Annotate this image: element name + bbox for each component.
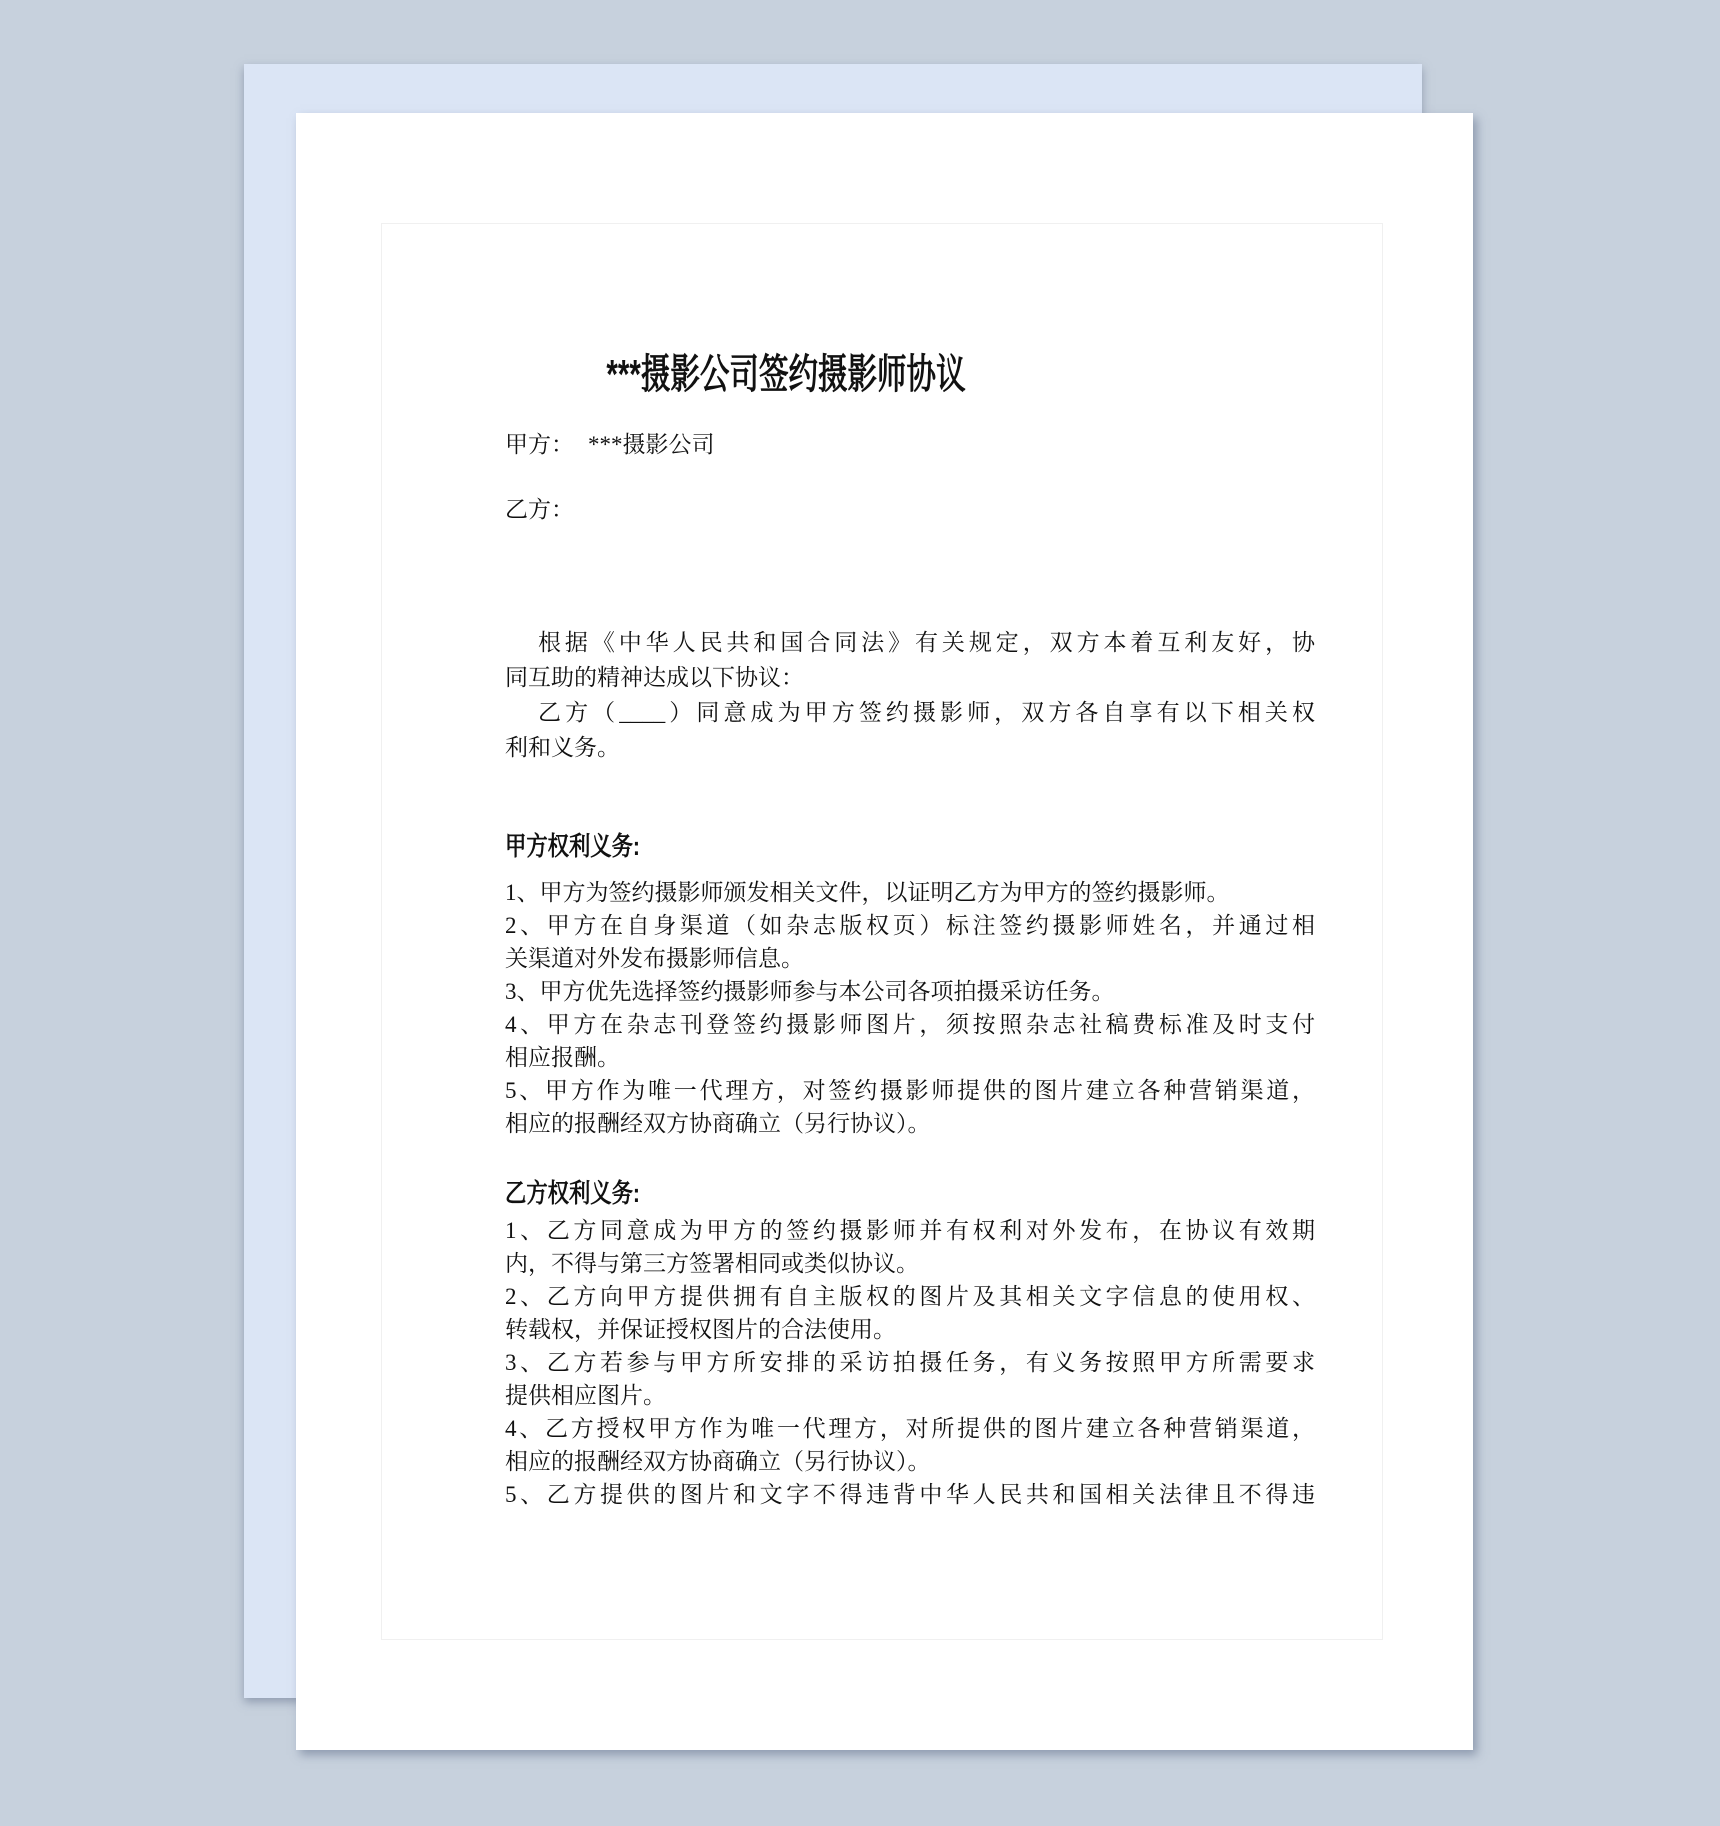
party-a-rights-list: 1、甲方为签约摄影师颁发相关文件，以证明乙方为甲方的签约摄影师。 2、甲方在自身… <box>505 876 1315 1140</box>
contract-line: 相应报酬。 <box>505 1041 1315 1074</box>
contract-line: 3、乙方若参与甲方所安排的采访拍摄任务，有义务按照甲方所需要求 <box>505 1346 1315 1379</box>
contract-title: ***摄影公司签约摄影师协议 <box>606 352 965 396</box>
contract-line: 3、甲方优先选择签约摄影师参与本公司各项拍摄采访任务。 <box>505 975 1315 1008</box>
contract-line: 关渠道对外发布摄影师信息。 <box>505 942 1315 975</box>
contract-line: 转载权，并保证授权图片的合法使用。 <box>505 1313 1315 1346</box>
desktop-background: { "document": { "title": "***摄影公司签约摄影师协议… <box>0 0 1720 1826</box>
contract-line: 相应的报酬经双方协商确立（另行协议）。 <box>505 1445 1315 1478</box>
contract-line: 2、甲方在自身渠道（如杂志版权页）标注签约摄影师姓名，并通过相 <box>505 909 1315 942</box>
party-a-row: 甲方：***摄影公司 <box>505 428 1315 461</box>
intro-line: 乙方（____）同意成为甲方签约摄影师，双方各自享有以下相关权 <box>505 695 1315 730</box>
intro-line: 根据《中华人民共和国合同法》有关规定，双方本着互利友好，协 <box>505 625 1315 660</box>
intro-line: 利和义务。 <box>505 730 1315 765</box>
contract-line: 5、乙方提供的图片和文字不得违背中华人民共和国相关法律且不得违 <box>505 1478 1315 1511</box>
party-b-label: 乙方： <box>505 497 574 522</box>
contract-line: 1、乙方同意成为甲方的签约摄影师并有权利对外发布，在协议有效期 <box>505 1214 1315 1247</box>
contract-line: 内，不得与第三方签署相同或类似协议。 <box>505 1247 1315 1280</box>
section-heading-party-a-rights: 甲方权利义务: <box>505 828 640 864</box>
contract-line: 4、甲方在杂志刊登签约摄影师图片，须按照杂志社稿费标准及时支付 <box>505 1008 1315 1041</box>
party-a-value: ***摄影公司 <box>588 432 715 457</box>
contract-line: 5、甲方作为唯一代理方，对签约摄影师提供的图片建立各种营销渠道， <box>505 1074 1315 1107</box>
party-a-label: 甲方： <box>505 432 574 457</box>
contract-line: 4、乙方授权甲方作为唯一代理方，对所提供的图片建立各种营销渠道， <box>505 1412 1315 1445</box>
intro-line: 同互助的精神达成以下协议： <box>505 660 1315 695</box>
document-page: ***摄影公司签约摄影师协议 甲方：***摄影公司 乙方： 根据《中华人民共和国… <box>296 113 1473 1750</box>
content-frame: ***摄影公司签约摄影师协议 甲方：***摄影公司 乙方： 根据《中华人民共和国… <box>381 223 1383 1640</box>
contract-line: 2、乙方向甲方提供拥有自主版权的图片及其相关文字信息的使用权、 <box>505 1280 1315 1313</box>
contract-line: 相应的报酬经双方协商确立（另行协议）。 <box>505 1107 1315 1140</box>
party-b-rights-list: 1、乙方同意成为甲方的签约摄影师并有权利对外发布，在协议有效期 内，不得与第三方… <box>505 1214 1315 1511</box>
contract-line: 1、甲方为签约摄影师颁发相关文件，以证明乙方为甲方的签约摄影师。 <box>505 876 1315 909</box>
party-b-row: 乙方： <box>505 493 1315 526</box>
section-heading-party-b-rights: 乙方权利义务: <box>505 1175 640 1211</box>
intro-paragraph: 根据《中华人民共和国合同法》有关规定，双方本着互利友好，协 同互助的精神达成以下… <box>505 625 1315 765</box>
contract-line: 提供相应图片。 <box>505 1379 1315 1412</box>
